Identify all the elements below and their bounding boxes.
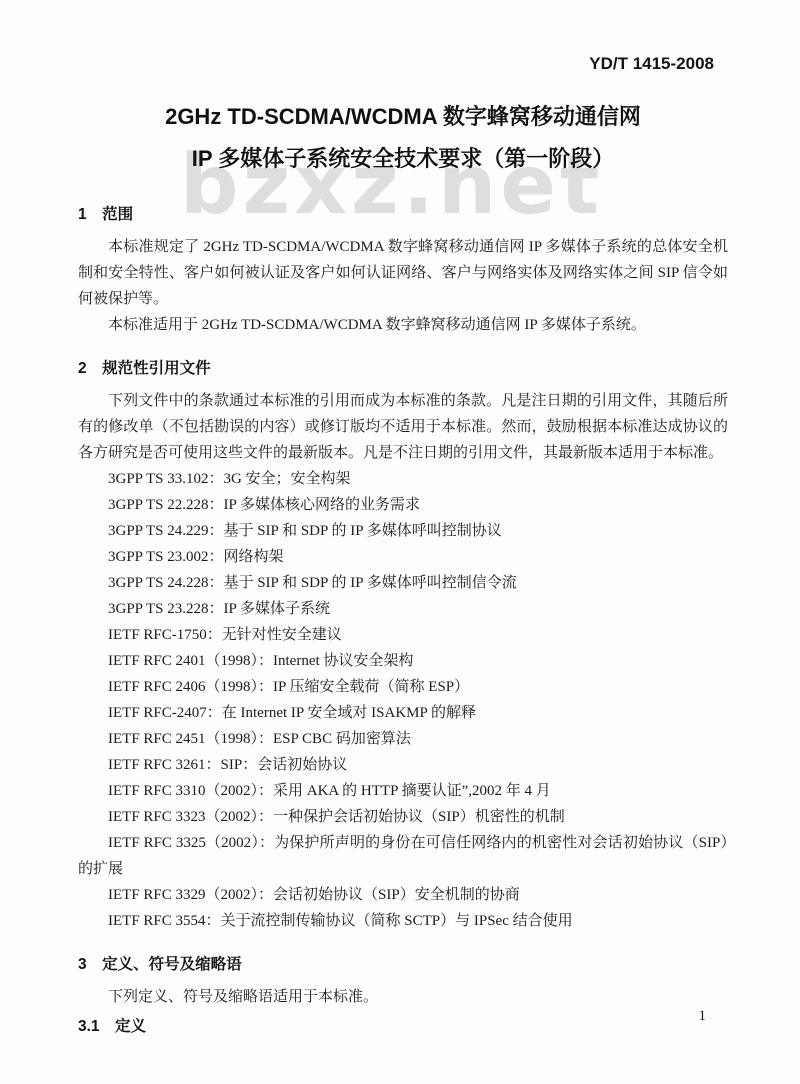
subsection-definitions-heading: 3.1 定义 [78,1016,728,1038]
reference-item: IETF RFC 2401（1998）：Internet 协议安全架构 [78,648,728,674]
reference-item: IETF RFC 3310（2002）：采用 AKA 的 HTTP 摘要认证”,… [78,778,728,804]
reference-item: 3GPP TS 33.102：3G 安全；安全构架 [78,466,728,492]
definitions-paragraph: 下列定义、符号及缩略语适用于本标准。 [78,984,728,1010]
section-definitions-heading: 3 定义、符号及缩略语 [78,954,728,976]
reference-list: 3GPP TS 33.102：3G 安全；安全构架3GPP TS 22.228：… [78,466,728,934]
section-references-heading: 2 规范性引用文件 [78,358,728,380]
reference-item: 3GPP TS 22.228：IP 多媒体核心网络的业务需求 [78,492,728,518]
page-number: 1 [699,1008,707,1025]
document-title: 2GHz TD-SCDMA/WCDMA 数字蜂窝移动通信网 IP 多媒体子系统安… [78,102,728,174]
section-scope-heading: 1 范围 [78,204,728,226]
scope-paragraph-1: 本标准规定了 2GHz TD-SCDMA/WCDMA 数字蜂窝移动通信网 IP … [78,234,728,312]
reference-item: IETF RFC 3554：关于流控制传输协议（简称 SCTP）与 IPSec … [78,908,728,934]
references-intro-paragraph: 下列文件中的条款通过本标准的引用而成为本标准的条款。凡是注日期的引用文件，其随后… [78,388,728,466]
section-scope: 1 范围 本标准规定了 2GHz TD-SCDMA/WCDMA 数字蜂窝移动通信… [78,204,728,338]
doc-number: YD/T 1415-2008 [78,54,728,74]
document-page: bzxz.net YD/T 1415-2008 2GHz TD-SCDMA/WC… [0,0,800,1084]
reference-item: IETF RFC-2407：在 Internet IP 安全域对 ISAKMP … [78,700,728,726]
section-references: 2 规范性引用文件 下列文件中的条款通过本标准的引用而成为本标准的条款。凡是注日… [78,358,728,934]
reference-item: 3GPP TS 24.229：基于 SIP 和 SDP 的 IP 多媒体呼叫控制… [78,518,728,544]
reference-item: IETF RFC 2406（1998）：IP 压缩安全载荷（简称 ESP） [78,674,728,700]
document-content: YD/T 1415-2008 2GHz TD-SCDMA/WCDMA 数字蜂窝移… [78,54,728,1038]
reference-item: IETF RFC 3329（2002）：会话初始协议（SIP）安全机制的协商 [78,882,728,908]
reference-item: 3GPP TS 23.228：IP 多媒体子系统 [78,596,728,622]
document-title-line1: 2GHz TD-SCDMA/WCDMA 数字蜂窝移动通信网 [78,102,728,132]
document-title-line2: IP 多媒体子系统安全技术要求（第一阶段） [78,144,728,174]
reference-item: IETF RFC 3261：SIP：会话初始协议 [78,752,728,778]
reference-item: IETF RFC-1750：无针对性安全建议 [78,622,728,648]
section-definitions: 3 定义、符号及缩略语 下列定义、符号及缩略语适用于本标准。 3.1 定义 [78,954,728,1038]
reference-item: 3GPP TS 24.228：基于 SIP 和 SDP 的 IP 多媒体呼叫控制… [78,570,728,596]
reference-item: IETF RFC 2451（1998）：ESP CBC 码加密算法 [78,726,728,752]
reference-item: 3GPP TS 23.002：网络构架 [78,544,728,570]
reference-item: IETF RFC 3323（2002）：一种保护会话初始协议（SIP）机密性的机… [78,804,728,830]
scope-paragraph-2: 本标准适用于 2GHz TD-SCDMA/WCDMA 数字蜂窝移动通信网 IP … [78,312,728,338]
reference-item: IETF RFC 3325（2002）：为保护所声明的身份在可信任网络内的机密性… [78,830,728,882]
